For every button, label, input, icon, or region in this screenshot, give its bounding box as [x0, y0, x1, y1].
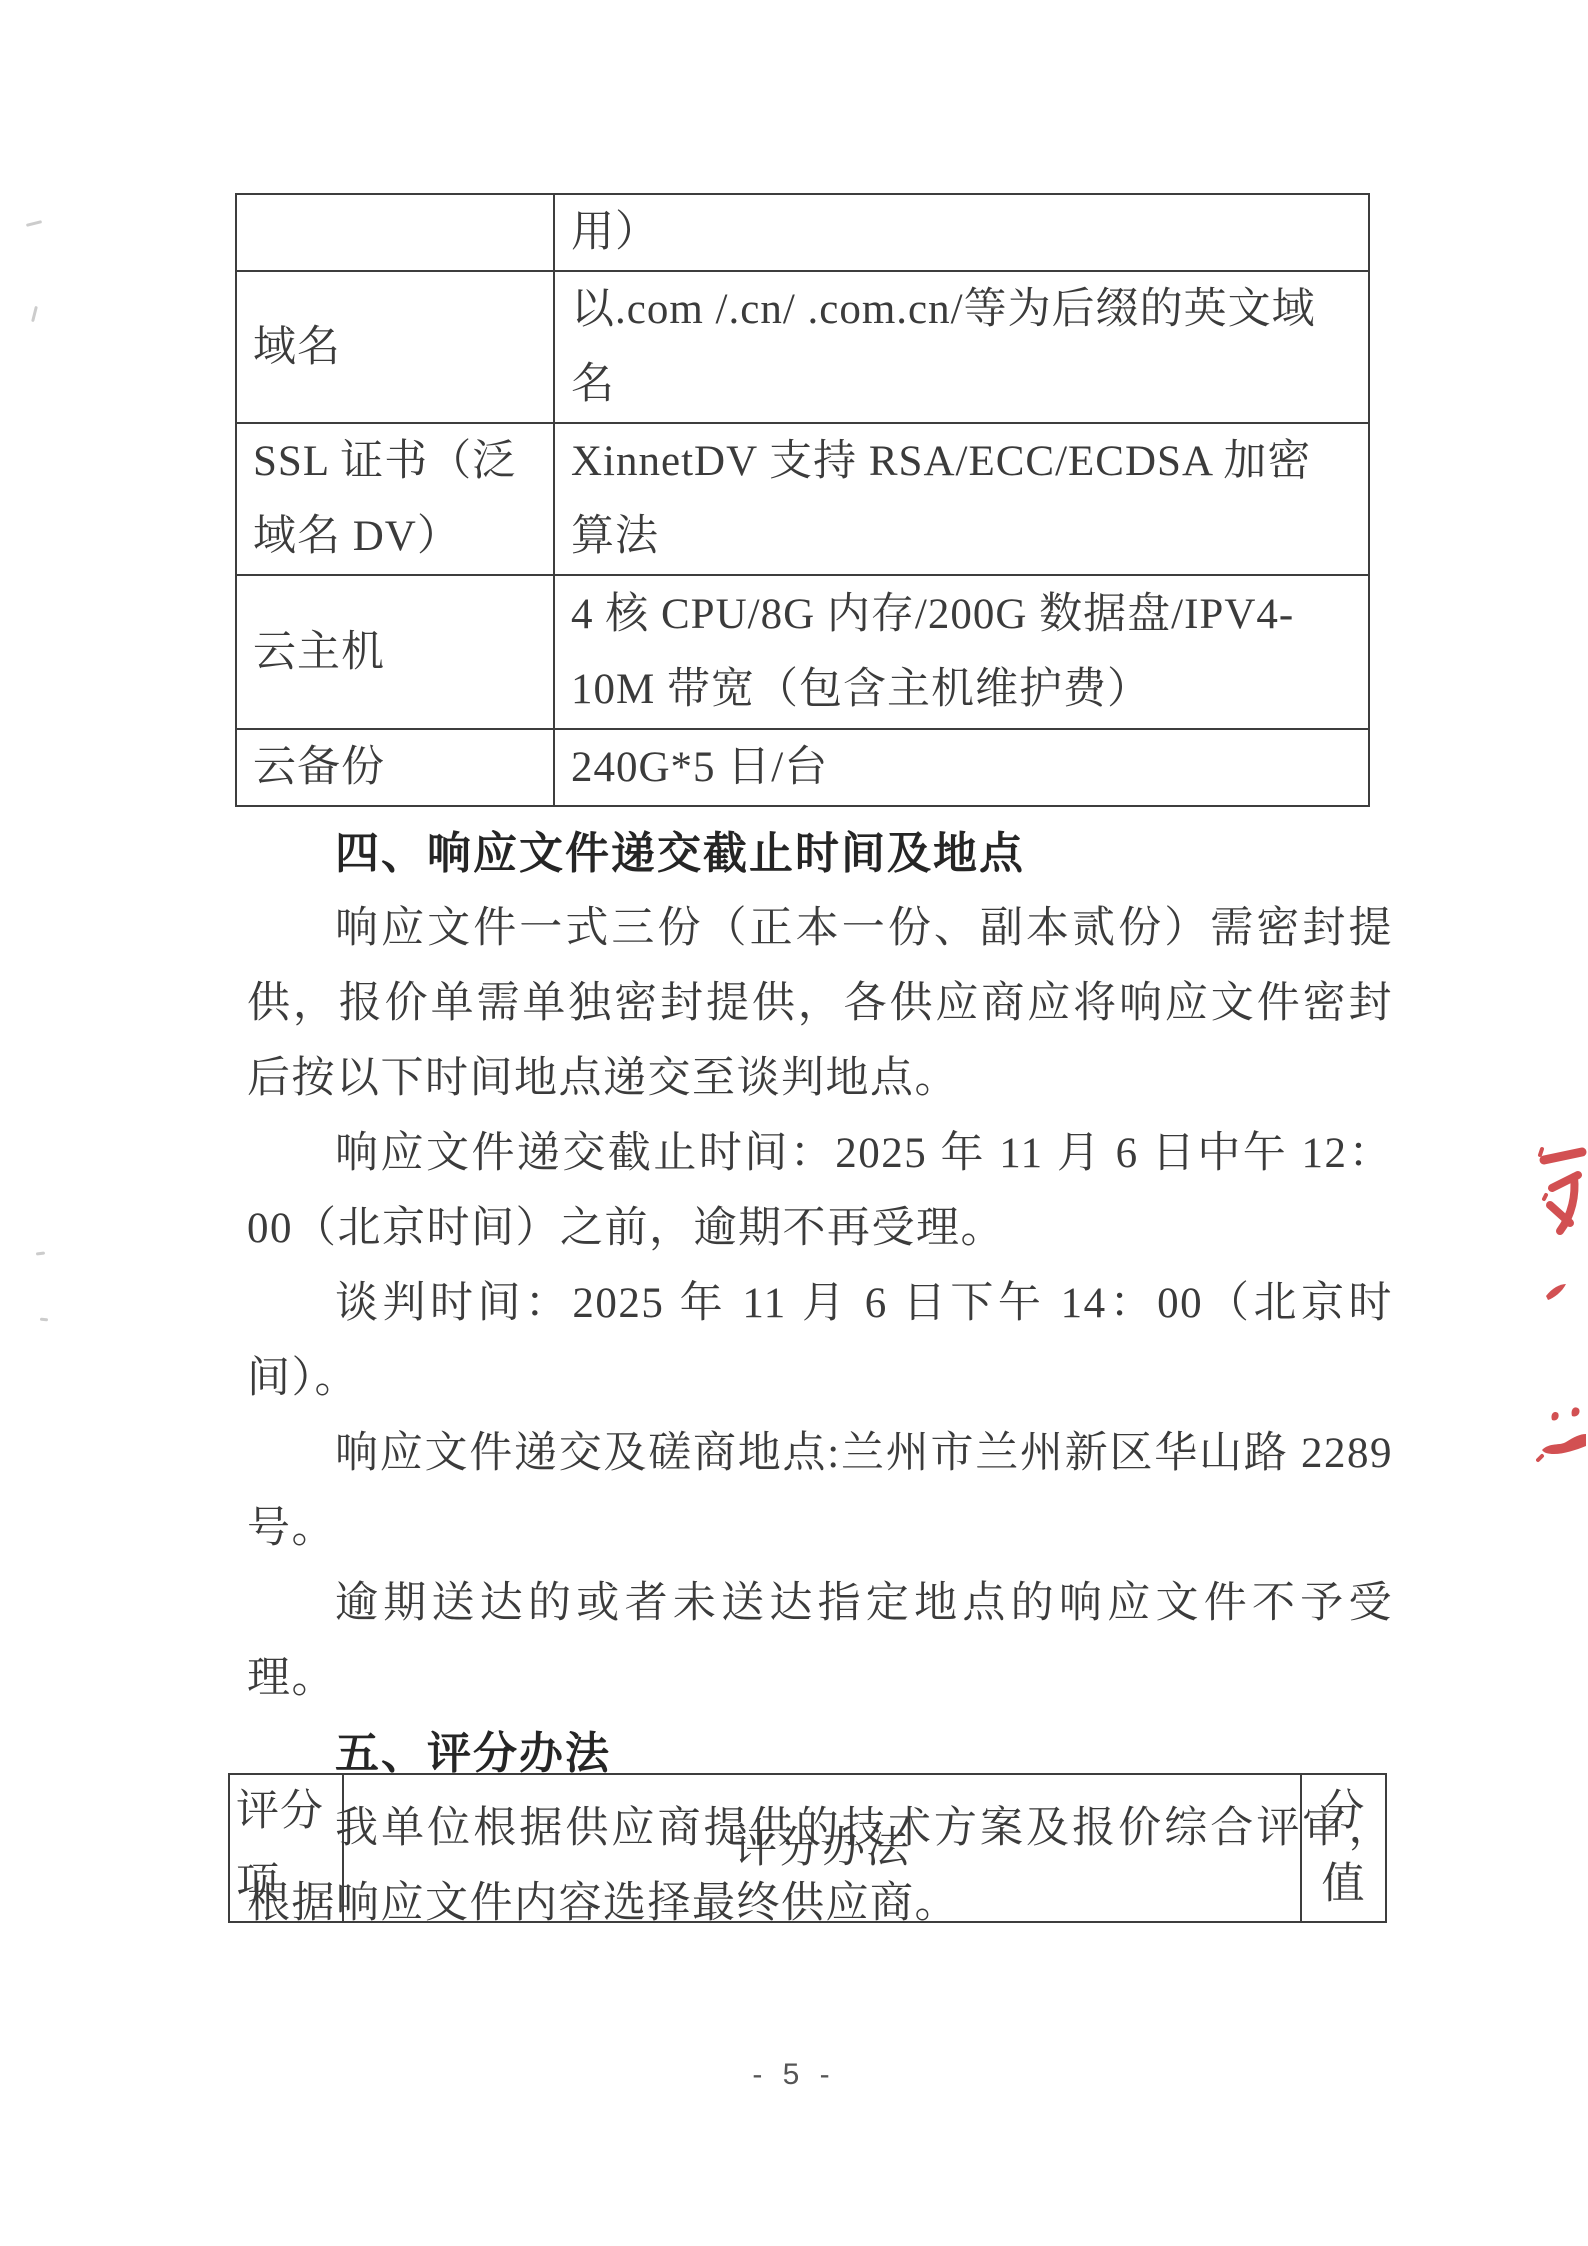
document-page: 用） 域名 以.com /.cn/ .com.cn/等为后缀的英文域名 SSL …: [0, 0, 1588, 2246]
spec-value-cell: 以.com /.cn/ .com.cn/等为后缀的英文域名: [554, 271, 1369, 423]
spec-value-cell: 用）: [554, 194, 1369, 271]
spec-value-cell: XinnetDV 支持 RSA/ECC/ECDSA 加密算法: [554, 423, 1369, 575]
section4-paragraph-3: 谈判时间：2025 年 11 月 6 日下午 14：00（北京时间）。: [247, 1266, 1393, 1416]
section4-paragraph-1: 响应文件一式三份（正本一份、副本贰份）需密封提供，报价单需单独密封提供，各供应商…: [247, 891, 1393, 1116]
section4-paragraph-5: 逾期送达的或者未送达指定地点的响应文件不予受理。: [247, 1566, 1393, 1716]
scan-artifact: [31, 306, 38, 322]
scan-artifact: [40, 1318, 48, 1322]
score-col-method-header: 评分办法: [343, 1774, 1301, 1922]
spec-label-cell: [236, 194, 554, 271]
score-col-value-header: 分值: [1301, 1774, 1386, 1922]
table-header-row: 评分项 评分办法 分值: [229, 1774, 1386, 1922]
spec-label-cell: 云备份: [236, 729, 554, 806]
spec-table: 用） 域名 以.com /.cn/ .com.cn/等为后缀的英文域名 SSL …: [235, 193, 1370, 807]
table-row: 云备份 240G*5 日/台: [236, 729, 1369, 806]
score-col-item-header: 评分项: [229, 1774, 343, 1922]
spec-label-cell: 域名: [236, 271, 554, 423]
section4-paragraph-2: 响应文件递交截止时间：2025 年 11 月 6 日中午 12：00（北京时间）…: [247, 1116, 1393, 1266]
spec-value-cell: 240G*5 日/台: [554, 729, 1369, 806]
scan-artifact: [26, 220, 42, 227]
spec-label-cell: 云主机: [236, 575, 554, 729]
red-stamp-fragment: [1536, 1404, 1588, 1470]
spec-value-cell: 4 核 CPU/8G 内存/200G 数据盘/IPV4-10M 带宽（包含主机维…: [554, 575, 1369, 729]
section4-heading: 四、响应文件递交截止时间及地点: [247, 816, 1393, 891]
spec-label-cell: SSL 证书（泛域名 DV）: [236, 423, 554, 575]
scan-artifact: [36, 1251, 45, 1255]
score-table: 评分项 评分办法 分值: [228, 1773, 1387, 1923]
page-number: - 5 -: [0, 2058, 1588, 2092]
table-row: 域名 以.com /.cn/ .com.cn/等为后缀的英文域名: [236, 271, 1369, 423]
section4-paragraph-4: 响应文件递交及磋商地点:兰州市兰州新区华山路 2289 号。: [247, 1416, 1393, 1566]
table-row: 云主机 4 核 CPU/8G 内存/200G 数据盘/IPV4-10M 带宽（包…: [236, 575, 1369, 729]
table-row: 用）: [236, 194, 1369, 271]
red-stamp-fragment: [1542, 1276, 1570, 1306]
table-row: SSL 证书（泛域名 DV） XinnetDV 支持 RSA/ECC/ECDSA…: [236, 423, 1369, 575]
red-stamp-fragment: [1536, 1143, 1588, 1243]
